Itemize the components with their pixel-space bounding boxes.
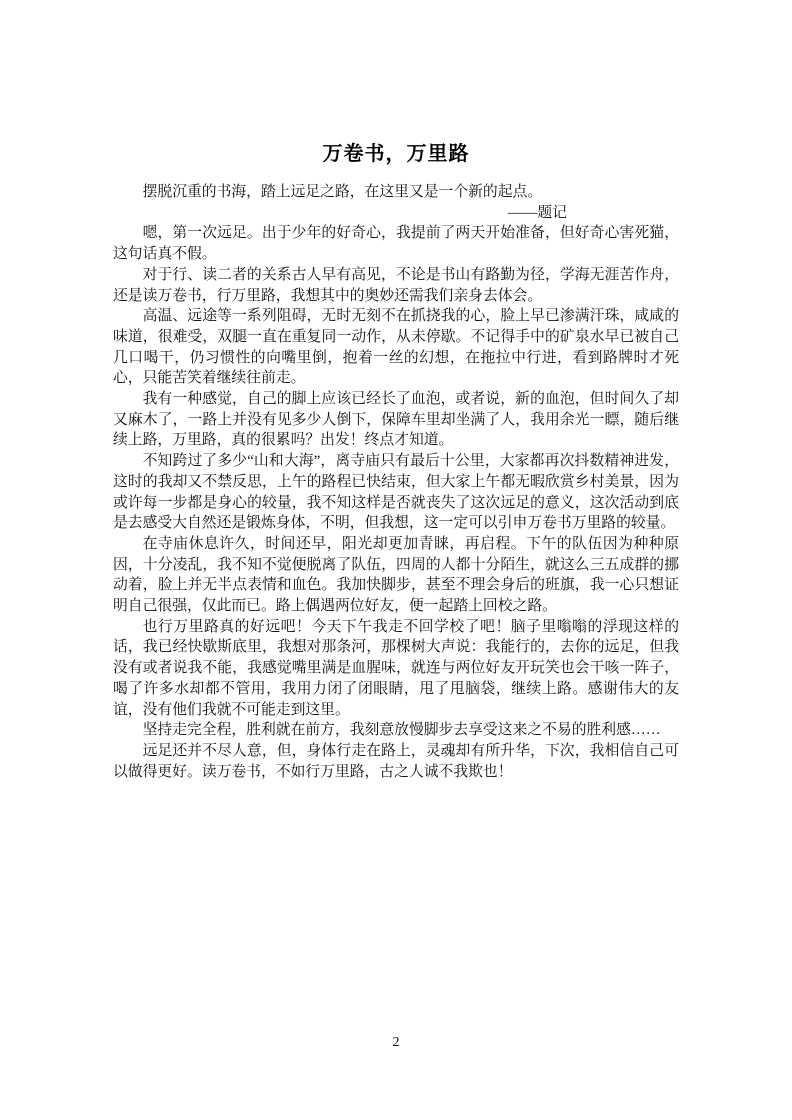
epigraph-attribution: ——题记	[113, 203, 679, 224]
page-number: 2	[0, 1034, 792, 1052]
essay-body: 嗯，第一次远足。出于少年的好奇心，我提前了两天开始准备，但好奇心害死猫，这句话真…	[113, 223, 679, 782]
document-content: 万卷书，万里路 摆脱沉重的书海，踏上远足之路，在这里又是一个新的起点。 ——题记…	[113, 142, 679, 782]
paragraph: 我有一种感觉，自己的脚上应该已经长了血泡，或者说，新的血泡，但时间久了却又麻木了…	[113, 389, 679, 451]
paragraph: 嗯，第一次远足。出于少年的好奇心，我提前了两天开始准备，但好奇心害死猫，这句话真…	[113, 223, 679, 264]
document-page: 万卷书，万里路 摆脱沉重的书海，踏上远足之路，在这里又是一个新的起点。 ——题记…	[0, 0, 792, 1120]
paragraph: 远足还并不尽人意，但，身体行走在路上，灵魂却有所升华，下次，我相信自己可以做得更…	[113, 741, 679, 782]
paragraph: 对于行、读二者的关系古人早有高见，不论是书山有路勤为径，学海无涯苦作舟，还是读万…	[113, 265, 679, 306]
essay-title: 万卷书，万里路	[113, 142, 679, 167]
epigraph-text: 摆脱沉重的书海，踏上远足之路，在这里又是一个新的起点。	[113, 182, 679, 203]
paragraph: 不知跨过了多少“山和大海”，离寺庙只有最后十公里，大家都再次抖数精神进发，这时的…	[113, 451, 679, 534]
paragraph: 也行万里路真的好远吧！今天下午我走不回学校了吧！脑子里嗡嗡的浮现这样的话，我已经…	[113, 617, 679, 721]
paragraph: 坚持走完全程，胜利就在前方，我刻意放慢脚步去享受这来之不易的胜利感……	[113, 720, 679, 741]
paragraph: 在寺庙休息许久，时间还早，阳光却更加青睐，再启程。下午的队伍因为种种原因，十分凌…	[113, 534, 679, 617]
paragraph: 高温、远途等一系列阻碍，无时无刻不在抓挠我的心，脸上早已渗满汗珠，咸咸的味道，很…	[113, 306, 679, 389]
